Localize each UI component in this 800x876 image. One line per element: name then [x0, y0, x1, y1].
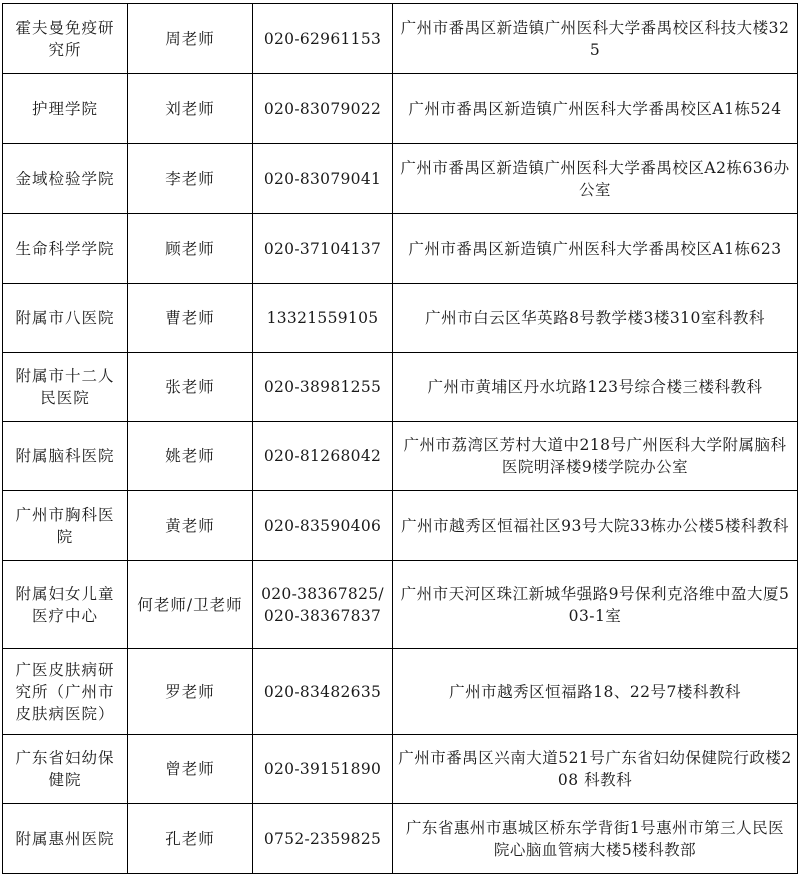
contact-cell: 李老师 [128, 144, 253, 214]
contact-cell: 黄老师 [128, 491, 253, 561]
contact-cell: 姚老师 [128, 422, 253, 491]
unit-cell: 附属脑科医院 [3, 422, 128, 491]
unit-cell: 广州市胸科医院 [3, 491, 128, 561]
table-row: 附属惠州医院 孔老师 0752-2359825 广东省惠州市惠城区桥东学背街1号… [3, 804, 798, 874]
contact-cell: 曹老师 [128, 284, 253, 353]
table-row: 生命科学学院 顾老师 020-37104137 广州市番禺区新造镇广州医科大学番… [3, 214, 798, 284]
phone-cell: 020-81268042 [253, 422, 393, 491]
table-row: 霍夫曼免疫研究所 周老师 020-62961153 广州市番禺区新造镇广州医科大… [3, 4, 798, 74]
address-cell: 广东省惠州市惠城区桥东学背街1号惠州市第三人民医院心脑血管病大楼5楼科教部 [393, 804, 798, 874]
unit-cell: 广医皮肤病研究所（广州市皮肤病医院） [3, 649, 128, 735]
phone-cell: 020-62961153 [253, 4, 393, 74]
contact-cell: 曾老师 [128, 735, 253, 804]
address-cell: 广州市番禺区兴南大道521号广东省妇幼保健院行政楼208 科教科 [393, 735, 798, 804]
address-cell: 广州市番禺区新造镇广州医科大学番禺校区A2栋636办公室 [393, 144, 798, 214]
contact-cell: 刘老师 [128, 74, 253, 144]
unit-cell: 广东省妇幼保健院 [3, 735, 128, 804]
address-cell: 广州市越秀区恒福社区93号大院33栋办公楼5楼科教科 [393, 491, 798, 561]
phone-cell: 020-83079022 [253, 74, 393, 144]
unit-cell: 生命科学学院 [3, 214, 128, 284]
address-cell: 广州市越秀区恒福路18、22号7楼科教科 [393, 649, 798, 735]
unit-cell: 金域检验学院 [3, 144, 128, 214]
table-row: 附属市十二人民医院 张老师 020-38981255 广州市黄埔区丹水坑路123… [3, 353, 798, 422]
phone-cell: 0752-2359825 [253, 804, 393, 874]
contact-cell: 孔老师 [128, 804, 253, 874]
phone-cell: 020-38981255 [253, 353, 393, 422]
table-row: 附属妇女儿童医疗中心 何老师/卫老师 020-38367825/020-3836… [3, 561, 798, 649]
table-row: 广医皮肤病研究所（广州市皮肤病医院） 罗老师 020-83482635 广州市越… [3, 649, 798, 735]
unit-cell: 护理学院 [3, 74, 128, 144]
contacts-table-body: 霍夫曼免疫研究所 周老师 020-62961153 广州市番禺区新造镇广州医科大… [3, 4, 798, 874]
address-cell: 广州市天河区珠江新城华强路9号保利克洛维中盈大厦503-1室 [393, 561, 798, 649]
phone-cell: 020-83079041 [253, 144, 393, 214]
address-cell: 广州市番禺区新造镇广州医科大学番禺校区A1栋524 [393, 74, 798, 144]
contact-cell: 周老师 [128, 4, 253, 74]
unit-cell: 附属市十二人民医院 [3, 353, 128, 422]
table-row: 广东省妇幼保健院 曾老师 020-39151890 广州市番禺区兴南大道521号… [3, 735, 798, 804]
phone-cell: 020-83590406 [253, 491, 393, 561]
phone-cell: 020-38367825/020-38367837 [253, 561, 393, 649]
table-row: 附属脑科医院 姚老师 020-81268042 广州市荔湾区芳村大道中218号广… [3, 422, 798, 491]
unit-cell: 附属惠州医院 [3, 804, 128, 874]
phone-cell: 020-83482635 [253, 649, 393, 735]
address-cell: 广州市番禺区新造镇广州医科大学番禺校区A1栋623 [393, 214, 798, 284]
contact-cell: 张老师 [128, 353, 253, 422]
phone-cell: 020-37104137 [253, 214, 393, 284]
phone-cell: 020-39151890 [253, 735, 393, 804]
table-row: 广州市胸科医院 黄老师 020-83590406 广州市越秀区恒福社区93号大院… [3, 491, 798, 561]
unit-cell: 霍夫曼免疫研究所 [3, 4, 128, 74]
contact-cell: 何老师/卫老师 [128, 561, 253, 649]
table-row: 护理学院 刘老师 020-83079022 广州市番禺区新造镇广州医科大学番禺校… [3, 74, 798, 144]
address-cell: 广州市番禺区新造镇广州医科大学番禺校区科技大楼325 [393, 4, 798, 74]
address-cell: 广州市白云区华英路8号教学楼3楼310室科教科 [393, 284, 798, 353]
address-cell: 广州市荔湾区芳村大道中218号广州医科大学附属脑科医院明泽楼9楼学院办公室 [393, 422, 798, 491]
contact-cell: 顾老师 [128, 214, 253, 284]
contacts-table: 霍夫曼免疫研究所 周老师 020-62961153 广州市番禺区新造镇广州医科大… [2, 3, 798, 874]
unit-cell: 附属妇女儿童医疗中心 [3, 561, 128, 649]
phone-cell: 13321559105 [253, 284, 393, 353]
table-row: 金域检验学院 李老师 020-83079041 广州市番禺区新造镇广州医科大学番… [3, 144, 798, 214]
contact-cell: 罗老师 [128, 649, 253, 735]
unit-cell: 附属市八医院 [3, 284, 128, 353]
table-row: 附属市八医院 曹老师 13321559105 广州市白云区华英路8号教学楼3楼3… [3, 284, 798, 353]
address-cell: 广州市黄埔区丹水坑路123号综合楼三楼科教科 [393, 353, 798, 422]
